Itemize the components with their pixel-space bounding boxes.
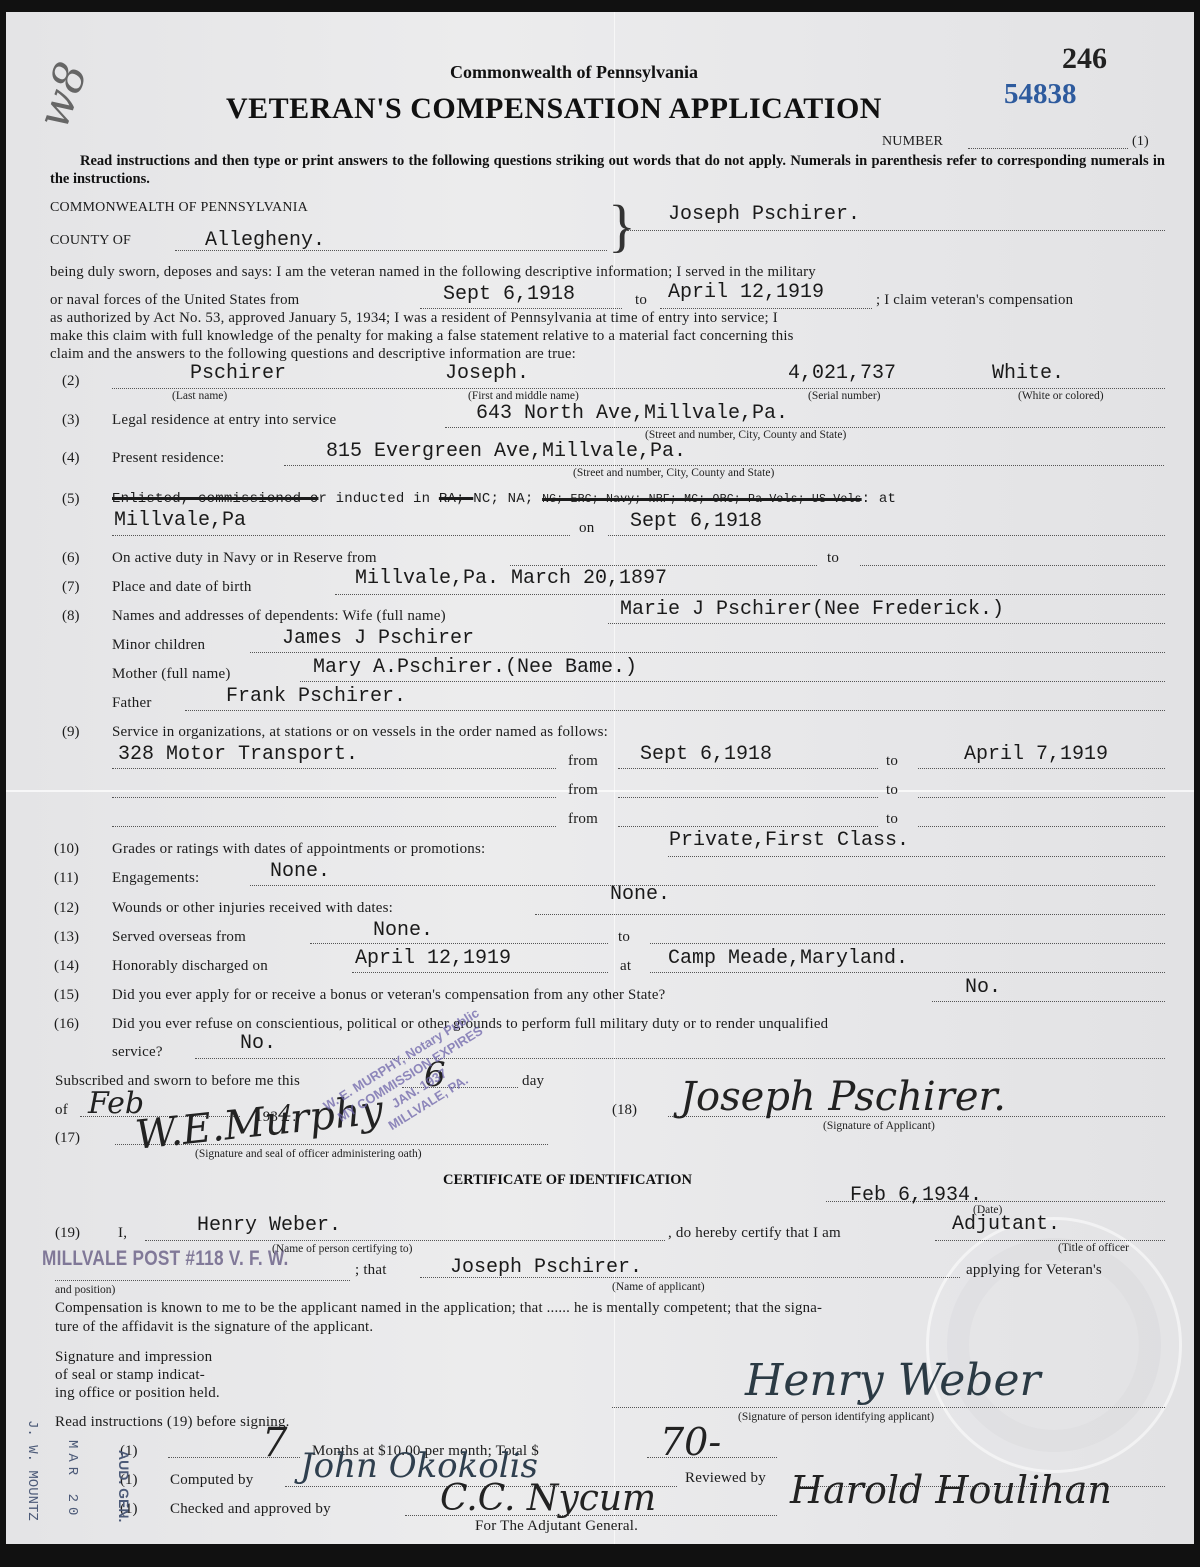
father-label: Father	[112, 695, 152, 712]
item-number-15: (15)	[54, 987, 79, 1004]
number-ref: (1)	[1132, 134, 1149, 150]
position-line	[55, 1280, 350, 1281]
oath-line-1: being duly sworn, deposes and says: I am…	[50, 264, 816, 281]
service-label: Service in organizations, at stations or…	[112, 724, 608, 741]
number-field[interactable]	[968, 148, 1128, 149]
children-line	[250, 652, 1165, 653]
discharge-place-line	[650, 972, 1165, 973]
legal-residence-field[interactable]: 643 North Ave,Millvale,Pa.	[476, 402, 788, 425]
race-field[interactable]: White.	[992, 362, 1064, 385]
caption-position: and position)	[55, 1284, 115, 1296]
item-number-16: (16)	[54, 1016, 79, 1033]
legal-residence-label: Legal residence at entry into service	[112, 412, 336, 429]
other-state-label: Did you ever apply for or receive a bonu…	[112, 987, 665, 1004]
fold-line-horizontal	[6, 790, 1194, 792]
from-label: from	[568, 811, 598, 828]
refuse-duty-label-2: service?	[112, 1044, 163, 1061]
auditor-stamp-name: J. W. MOUNTZ	[24, 1420, 40, 1521]
certify-text: , do hereby certify that I am	[668, 1225, 841, 1242]
certificate-title: CERTIFICATE OF IDENTIFICATION	[443, 1172, 692, 1189]
reviewed-label: Reviewed by	[685, 1470, 766, 1487]
mother-line	[300, 681, 1165, 682]
certificate-body-2: ture of the affidavit is the signature o…	[55, 1319, 373, 1336]
to-field[interactable]	[918, 797, 1165, 798]
oath-line-2-suffix: ; I claim veteran's compensation	[876, 292, 1073, 309]
father-line	[185, 710, 1165, 711]
children-field[interactable]: James J Pschirer	[282, 627, 474, 650]
service-from-field[interactable]: Sept 6,1918	[443, 283, 575, 306]
struck-text-2: RA;	[439, 491, 473, 507]
auditor-stamp-date: MAR 20	[64, 1440, 80, 1520]
q2-line	[112, 388, 1165, 389]
caption-certifier: (Name of person certifying to)	[272, 1243, 413, 1255]
discharge-label: Honorably discharged on	[112, 958, 268, 975]
children-label: Minor children	[112, 637, 205, 654]
oath-line-3: as authorized by Act No. 53, approved Ja…	[50, 310, 778, 327]
to-line	[918, 768, 1165, 769]
to-label: to	[886, 782, 898, 799]
serial-number-field[interactable]: 4,021,737	[788, 362, 896, 385]
active-duty-to-field[interactable]	[860, 565, 1165, 566]
engagements-line	[250, 885, 1155, 886]
wounds-line	[535, 914, 1165, 915]
seal-instructions: Signature and impression of seal or stam…	[55, 1348, 220, 1402]
service-to-line	[660, 308, 872, 309]
number-label: NUMBER	[882, 134, 943, 150]
item-number-19: (19)	[55, 1225, 80, 1242]
enlistment-text-1: r inducted in	[318, 491, 438, 507]
caption-applicant-signature: (Signature of Applicant)	[823, 1120, 935, 1132]
from-line	[618, 768, 878, 769]
q4-line	[284, 465, 1164, 466]
item-number-8: (8)	[62, 608, 80, 625]
title-line	[935, 1240, 1165, 1241]
applying-text: applying for Veteran's	[966, 1262, 1102, 1279]
from-field[interactable]	[618, 797, 878, 798]
overseas-from-line	[310, 943, 608, 944]
org-field[interactable]: 328 Motor Transport.	[118, 743, 358, 766]
caption-first-name: (First and middle name)	[468, 390, 579, 402]
caption-last-name: (Last name)	[172, 390, 227, 402]
item-number-6: (6)	[62, 550, 80, 567]
mother-label: Mother (full name)	[112, 666, 231, 683]
oath-line-4: make this claim with full knowledge of t…	[50, 328, 794, 345]
item-number-9: (9)	[62, 724, 80, 741]
other-state-line	[932, 1001, 1165, 1002]
caption-serial: (Serial number)	[808, 390, 881, 402]
i-label: I,	[118, 1225, 127, 1242]
item-number-12: (12)	[54, 900, 79, 917]
caption-title: (Title of officer	[1058, 1242, 1129, 1254]
auditor-stamp-office: AUD. GEN.	[116, 1450, 132, 1522]
birth-field[interactable]: Millvale,Pa. March 20,1897	[355, 567, 667, 590]
checked-label: Checked and approved by	[170, 1501, 331, 1518]
active-duty-to-label: to	[827, 550, 839, 567]
checked-signature[interactable]: C.C. Nycum	[440, 1478, 656, 1519]
of-label: of	[55, 1102, 68, 1119]
from-label: from	[568, 782, 598, 799]
discharge-date-field[interactable]: April 12,1919	[355, 947, 511, 970]
to-label: to	[886, 753, 898, 770]
engagements-field[interactable]: None.	[270, 860, 330, 883]
enlistment-type-line: Enlisted, commissioned or inducted in RA…	[112, 491, 896, 507]
caption-present-residence: (Street and number, City, County and Sta…	[573, 467, 774, 479]
caption-race: (White or colored)	[1018, 390, 1104, 402]
embossed-seal	[926, 1217, 1182, 1473]
org-line	[112, 768, 556, 769]
item-number-3: (3)	[62, 412, 80, 429]
grades-field[interactable]: Private,First Class.	[669, 829, 909, 852]
page-title: VETERAN'S COMPENSATION APPLICATION	[226, 92, 882, 126]
caption-officer-signature: (Signature and seal of officer administe…	[195, 1148, 422, 1160]
adjutant-general-label: For The Adjutant General.	[475, 1518, 638, 1535]
service-to-field[interactable]: April 12,1919	[668, 281, 824, 304]
grades-label: Grades or ratings with dates of appointm…	[112, 841, 485, 858]
discharge-place-field[interactable]: Camp Meade,Maryland.	[668, 947, 908, 970]
stamp-number-blue: 54838	[1004, 78, 1077, 111]
from-field[interactable]	[618, 826, 878, 827]
day-label: day	[522, 1073, 544, 1090]
q5-date-line	[608, 535, 1165, 536]
struck-text-1: Enlisted, commissioned o	[112, 491, 318, 507]
certificate-body-1: Compensation is known to me to be the ap…	[55, 1300, 822, 1317]
item-number-17: (17)	[55, 1130, 80, 1147]
certifier-field[interactable]: Henry Weber.	[197, 1214, 341, 1237]
to-label: to	[635, 292, 647, 309]
item-number-7: (7)	[62, 579, 80, 596]
q5-place-line	[112, 535, 570, 536]
applicant-signature[interactable]: Joseph Pschirer.	[680, 1074, 1006, 1120]
service-from-line	[420, 308, 622, 309]
active-duty-label: On active duty in Navy or in Reserve fro…	[112, 550, 377, 567]
father-field[interactable]: Frank Pschirer.	[226, 685, 406, 708]
item-number-2: (2)	[62, 373, 80, 390]
wife-line	[608, 623, 1165, 624]
q3-line	[445, 427, 1165, 428]
enlistment-place-field[interactable]: Millvale,Pa	[114, 509, 246, 532]
certificate-date-field[interactable]: Feb 6,1934.	[850, 1184, 982, 1207]
item-number-4: (4)	[62, 450, 80, 467]
on-label: on	[579, 520, 594, 537]
org-field[interactable]	[112, 797, 556, 798]
computed-label: Computed by	[170, 1472, 253, 1489]
county-label: COUNTY OF	[50, 233, 131, 249]
active-duty-from-field[interactable]	[510, 565, 817, 566]
item-number-14: (14)	[54, 958, 79, 975]
grades-line	[668, 856, 1165, 857]
read-instructions-note: Read instructions (19) before signing.	[55, 1414, 290, 1431]
to-field[interactable]: April 7,1919	[964, 743, 1108, 766]
other-state-field[interactable]: No.	[965, 976, 1001, 999]
birth-label: Place and date of birth	[112, 579, 252, 596]
to-field[interactable]	[918, 826, 1165, 827]
identifier-signature-line	[612, 1407, 1165, 1408]
commonwealth-label: COMMONWEALTH OF PENNSYLVANIA	[50, 200, 308, 216]
brace: }	[608, 198, 636, 254]
caption-identifier-signature: (Signature of person identifying applica…	[738, 1411, 934, 1423]
state-heading: Commonwealth of Pennsylvania	[450, 62, 698, 83]
instructions-text: Read instructions and then type or print…	[50, 152, 1165, 188]
at-label: at	[620, 958, 631, 975]
seal-label-line: Signature and impression	[55, 1348, 220, 1366]
enlistment-text-3: : at	[862, 491, 896, 507]
enlistment-date-field[interactable]: Sept 6,1918	[630, 510, 762, 533]
total-field[interactable]: 70-	[660, 1420, 721, 1464]
reviewed-signature[interactable]: Harold Houlihan	[790, 1468, 1112, 1512]
post-stamp: MILLVALE POST #118 V. F. W.	[42, 1247, 289, 1271]
wounds-label: Wounds or other injuries received with d…	[112, 900, 393, 917]
refuse-duty-field[interactable]: No.	[240, 1032, 276, 1055]
mother-field[interactable]: Mary A.Pschirer.(Nee Bame.)	[313, 656, 637, 679]
months-field[interactable]: 7	[262, 1420, 287, 1466]
discharge-date-line	[352, 972, 608, 973]
applicant-line	[627, 230, 1165, 231]
item-number-10: (10)	[54, 841, 79, 858]
identifier-signature[interactable]: Henry Weber	[745, 1355, 1041, 1406]
last-name-field[interactable]: Pschirer	[190, 362, 286, 385]
struck-text-3: NG; ERC; Navy; NRF; MC; ORC; Pa Vols; US…	[542, 493, 862, 506]
org-field[interactable]	[112, 826, 556, 827]
engagements-label: Engagements:	[112, 870, 199, 887]
overseas-to-field[interactable]	[650, 943, 1165, 944]
item-number-18: (18)	[612, 1102, 637, 1119]
seal-label-line: ing office or position held.	[55, 1384, 220, 1402]
overseas-label: Served overseas from	[112, 929, 246, 946]
applicant-name-field[interactable]: Joseph Pschirer.	[668, 203, 860, 226]
oath-line-2-prefix: or naval forces of the United States fro…	[50, 292, 299, 309]
oath-line-5: claim and the answers to the following q…	[50, 346, 576, 363]
q7-line	[335, 594, 1165, 595]
officer-title-field[interactable]: Adjutant.	[952, 1213, 1060, 1236]
certificate-applicant-field[interactable]: Joseph Pschirer.	[450, 1256, 642, 1279]
from-label: from	[568, 753, 598, 770]
enlistment-text-2: NC; NA;	[473, 491, 542, 507]
county-field[interactable]: Allegheny.	[205, 229, 325, 252]
first-name-field[interactable]: Joseph.	[445, 362, 529, 385]
that-label: ; that	[355, 1262, 387, 1279]
overseas-from-field[interactable]: None.	[373, 919, 433, 942]
certifier-line	[145, 1240, 665, 1241]
seal-label-line: of seal or stamp indicat-	[55, 1366, 220, 1384]
overseas-to-label: to	[618, 929, 630, 946]
present-residence-label: Present residence:	[112, 450, 224, 467]
item-number-13: (13)	[54, 929, 79, 946]
dependents-label: Names and addresses of dependents: Wife …	[112, 608, 446, 625]
item-number-11: (11)	[54, 870, 78, 887]
wounds-field[interactable]: None.	[610, 883, 670, 906]
from-field[interactable]: Sept 6,1918	[640, 743, 772, 766]
refuse-duty-line	[195, 1058, 1165, 1059]
stamp-number-black: 246	[1062, 42, 1107, 76]
to-label: to	[886, 811, 898, 828]
wife-field[interactable]: Marie J Pschirer(Nee Frederick.)	[620, 598, 1004, 621]
item-number-5: (5)	[62, 491, 80, 508]
caption-applicant-name: (Name of applicant)	[612, 1281, 705, 1293]
present-residence-field[interactable]: 815 Evergreen Ave,Millvale,Pa.	[326, 440, 686, 463]
